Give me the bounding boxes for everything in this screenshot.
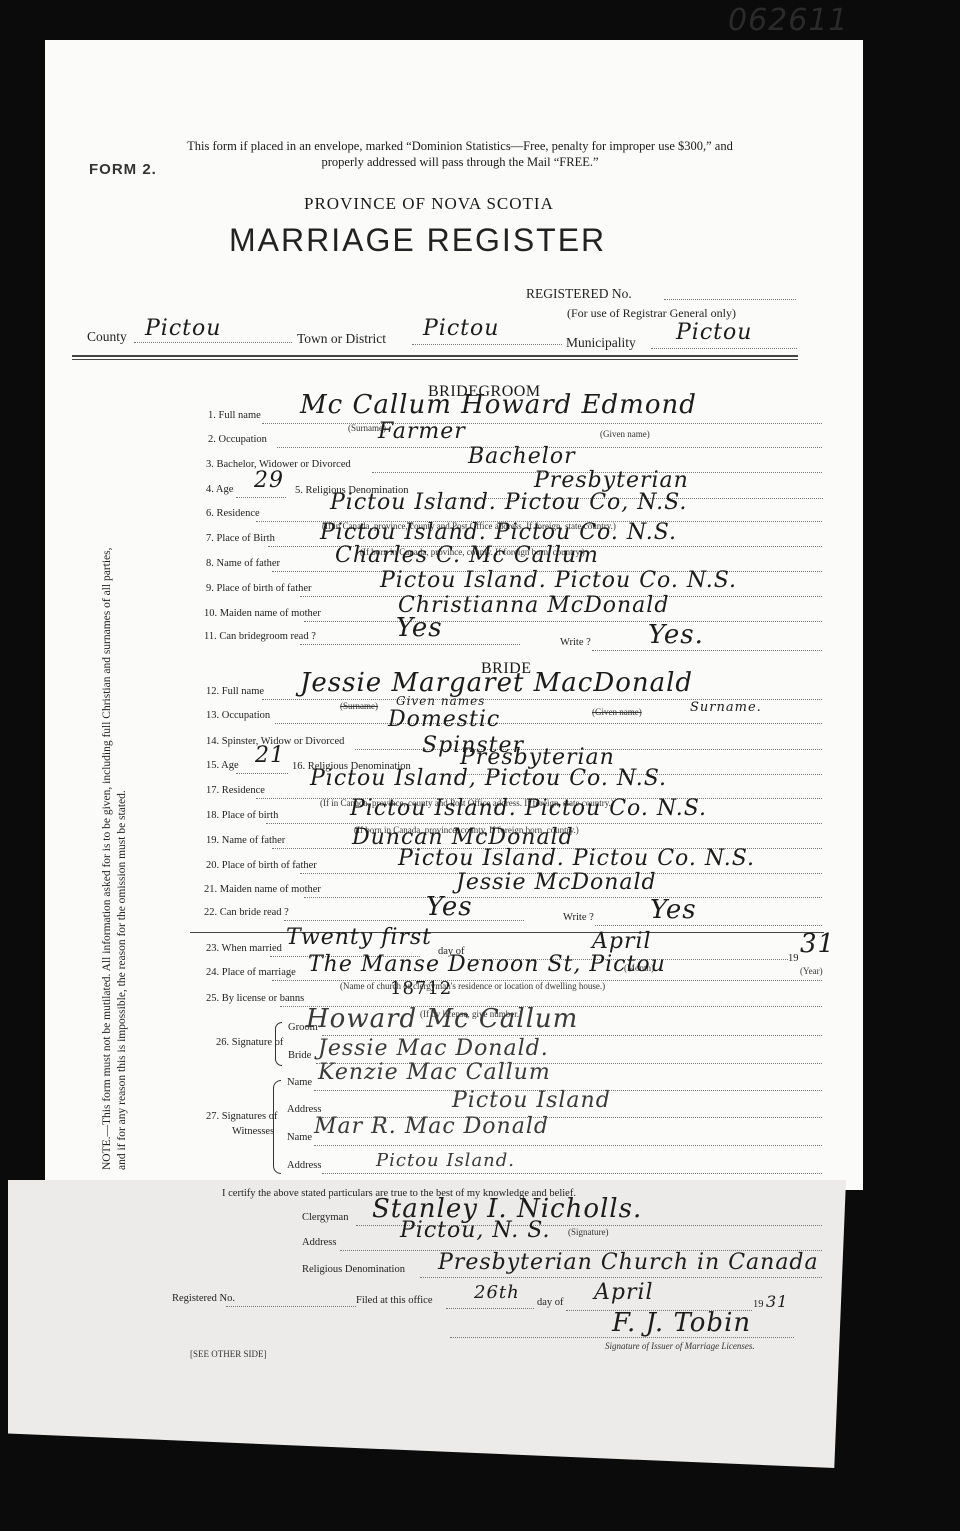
- town-label: Town or District: [297, 331, 386, 347]
- signature-brace: [275, 1022, 282, 1066]
- clergy-denomination-value: Presbyterian Church in Canada: [438, 1250, 819, 1275]
- witnesses-label-line1: 27. Signatures of: [206, 1111, 277, 1122]
- groom-father-value: Charles C. Mc Callum: [335, 543, 599, 568]
- witness2-name-label: Name: [287, 1132, 312, 1143]
- filed-year-prefix: 19: [753, 1299, 764, 1310]
- bride-signature-label: Bride: [288, 1050, 311, 1061]
- bride-surname-hint-struck: (Surname): [340, 701, 378, 711]
- postal-notice: This form if placed in an envelope, mark…: [120, 138, 800, 170]
- clergy-denomination-field[interactable]: [420, 1277, 822, 1278]
- clergy-address-label: Address: [302, 1237, 336, 1248]
- header-divider-2: [72, 359, 798, 360]
- groom-birthplace-value: Pictou Island. Pictou Co. N.S.: [320, 520, 677, 545]
- filed-year-value: 31: [766, 1292, 788, 1311]
- groom-write-field[interactable]: [592, 650, 822, 651]
- bride-age-label: 15. Age: [206, 760, 239, 771]
- bride-write-label: Write ?: [563, 912, 594, 923]
- bride-father-label: 19. Name of father: [206, 835, 285, 846]
- clergyman-label: Clergyman: [302, 1212, 348, 1223]
- town-value: Pictou: [423, 316, 499, 341]
- filed-day-value: 26th: [474, 1282, 520, 1303]
- registrar-note: (For use of Registrar General only): [567, 306, 736, 321]
- groom-father-birthplace-label: 9. Place of birth of father: [206, 583, 312, 594]
- page-title: MARRIAGE REGISTER: [229, 222, 606, 259]
- bride-occupation-field[interactable]: [275, 723, 822, 724]
- registered-no-label: REGISTERED No.: [526, 286, 632, 302]
- bride-mother-value: Jessie McDonald: [456, 870, 657, 895]
- postal-notice-line2: properly addressed will pass through the…: [120, 154, 800, 170]
- groom-write-value: Yes.: [648, 620, 704, 650]
- groom-father-birthplace-value: Pictou Island. Pictou Co. N.S.: [380, 568, 737, 593]
- bride-given-names-hand: Given names: [396, 694, 485, 708]
- bride-full-name-value: Jessie Margaret MacDonald: [300, 668, 693, 698]
- groom-read-label: 11. Can bridegroom read ?: [204, 631, 316, 642]
- bride-father-birthplace-label: 20. Place of birth of father: [206, 860, 317, 871]
- witness2-address-label: Address: [287, 1160, 321, 1171]
- filing-registered-no-field[interactable]: [226, 1306, 356, 1307]
- bride-given-hint-struck: (Given name): [592, 707, 642, 717]
- license-value: 18712: [390, 978, 452, 999]
- bride-surname-hand: Surname.: [690, 700, 762, 715]
- signature-of-label: 26. Signature of: [216, 1037, 283, 1048]
- municipality-value: Pictou: [676, 320, 752, 345]
- bride-mother-label: 21. Maiden name of mother: [204, 884, 321, 895]
- witness1-name-label: Name: [287, 1077, 312, 1088]
- place-of-marriage-value: The Manse Denoon St, Pictou: [308, 952, 666, 977]
- bride-residence-label: 17. Residence: [206, 785, 265, 796]
- groom-occupation-value: Farmer: [378, 419, 466, 444]
- bride-occupation-label: 13. Occupation: [206, 710, 270, 721]
- groom-occupation-label: 2. Occupation: [208, 434, 267, 445]
- witnesses-label-line2: Witnesses: [232, 1126, 274, 1137]
- bride-residence-value: Pictou Island, Pictou Co. N.S.: [310, 766, 667, 791]
- filed-day-field[interactable]: [446, 1308, 534, 1309]
- town-field[interactable]: [412, 344, 562, 345]
- county-label: County: [87, 329, 127, 345]
- bride-birthplace-value: Pictou Island. Pictou Co. N.S.: [350, 796, 707, 821]
- groom-write-label: Write ?: [560, 637, 591, 648]
- witness2-name-value: Mar R. Mac Donald: [314, 1114, 549, 1139]
- bride-write-value: Yes: [650, 895, 697, 925]
- groom-birthplace-label: 7. Place of Birth: [206, 533, 275, 544]
- witness2-address-field[interactable]: [322, 1173, 822, 1174]
- bride-age-field[interactable]: [236, 773, 288, 774]
- license-label: 25. By license or banns: [206, 993, 304, 1004]
- witnesses-brace: [273, 1080, 281, 1174]
- county-field[interactable]: [134, 342, 292, 343]
- witness2-name-field[interactable]: [314, 1145, 822, 1146]
- municipality-field[interactable]: [651, 348, 797, 349]
- bride-read-value: Yes: [426, 892, 473, 922]
- county-value: Pictou: [145, 316, 221, 341]
- year-hint: (Year): [800, 966, 823, 976]
- groom-age-label: 4. Age: [206, 484, 233, 495]
- clergy-address-value: Pictou, N. S.: [400, 1218, 551, 1243]
- see-other-side: [SEE OTHER SIDE]: [190, 1349, 267, 1359]
- filed-month-value: April: [594, 1280, 654, 1305]
- header-divider: [72, 355, 798, 357]
- province-heading: PROVINCE OF NOVA SCOTIA: [304, 194, 554, 214]
- groom-father-label: 8. Name of father: [206, 558, 280, 569]
- side-note: NOTE.—This form must not be mutilated. A…: [100, 530, 130, 1170]
- groom-age-field[interactable]: [236, 497, 286, 498]
- bride-age-value: 21: [255, 743, 285, 768]
- day-value: Twenty first: [286, 925, 432, 950]
- groom-status-value: Bachelor: [468, 444, 576, 469]
- bride-full-name-label: 12. Full name: [206, 686, 264, 697]
- groom-mother-label: 10. Maiden name of mother: [204, 608, 321, 619]
- place-of-marriage-label: 24. Place of marriage: [206, 967, 296, 978]
- issuer-caption: Signature of Issuer of Marriage Licenses…: [605, 1341, 755, 1351]
- witness1-address-value: Pictou Island: [452, 1088, 611, 1113]
- bride-birthplace-label: 18. Place of birth: [206, 810, 278, 821]
- groom-full-name-value: Mc Callum Howard Edmond: [300, 390, 697, 420]
- when-married-label: 23. When married: [206, 943, 282, 954]
- groom-residence-value: Pictou Island. Pictou Co, N.S.: [330, 490, 687, 515]
- given-name-hint: (Given name): [600, 429, 650, 439]
- form-number: FORM 2.: [89, 161, 157, 178]
- clergy-denomination-label: Religious Denomination: [302, 1264, 405, 1275]
- issuer-signature: F. J. Tobin: [612, 1308, 751, 1338]
- groom-residence-label: 6. Residence: [206, 508, 260, 519]
- municipality-label: Municipality: [566, 335, 636, 351]
- witness2-address-value: Pictou Island.: [376, 1150, 515, 1171]
- bride-write-field[interactable]: [595, 925, 822, 926]
- filing-registered-no-label: Registered No.: [172, 1293, 235, 1304]
- bride-read-label: 22. Can bride read ?: [204, 907, 289, 918]
- year-value: 31: [800, 929, 835, 959]
- groom-age-value: 29: [254, 468, 284, 493]
- groom-read-value: Yes: [396, 613, 443, 643]
- bride-signature-value: Jessie Mac Donald.: [318, 1036, 549, 1061]
- bride-read-field[interactable]: [284, 920, 524, 921]
- bride-father-birthplace-value: Pictou Island. Pictou Co. N.S.: [398, 846, 755, 871]
- filed-day-of-label: day of: [537, 1297, 564, 1308]
- bride-occupation-value: Domestic: [388, 707, 500, 732]
- month-value: April: [592, 929, 652, 954]
- bride-mother-field[interactable]: [304, 897, 822, 898]
- serial-number: 062611: [728, 3, 849, 38]
- bride-birthplace-field[interactable]: [266, 823, 822, 824]
- postal-notice-line1: This form if placed in an envelope, mark…: [120, 138, 800, 154]
- filed-label: Filed at this office: [356, 1295, 433, 1306]
- groom-full-name-label: 1. Full name: [208, 410, 261, 421]
- groom-signature-value: Howard Mc Callum: [306, 1004, 578, 1034]
- registered-no-field[interactable]: [664, 299, 796, 300]
- year-prefix: 19: [788, 953, 799, 964]
- groom-read-field[interactable]: [300, 644, 520, 645]
- groom-mother-field[interactable]: [304, 621, 822, 622]
- signature-hint: (Signature): [568, 1227, 609, 1237]
- groom-full-name-field[interactable]: [262, 423, 822, 424]
- witness1-name-value: Kenzie Mac Callum: [318, 1060, 551, 1085]
- place-hint: (Name of church or clergyman's residence…: [340, 981, 605, 991]
